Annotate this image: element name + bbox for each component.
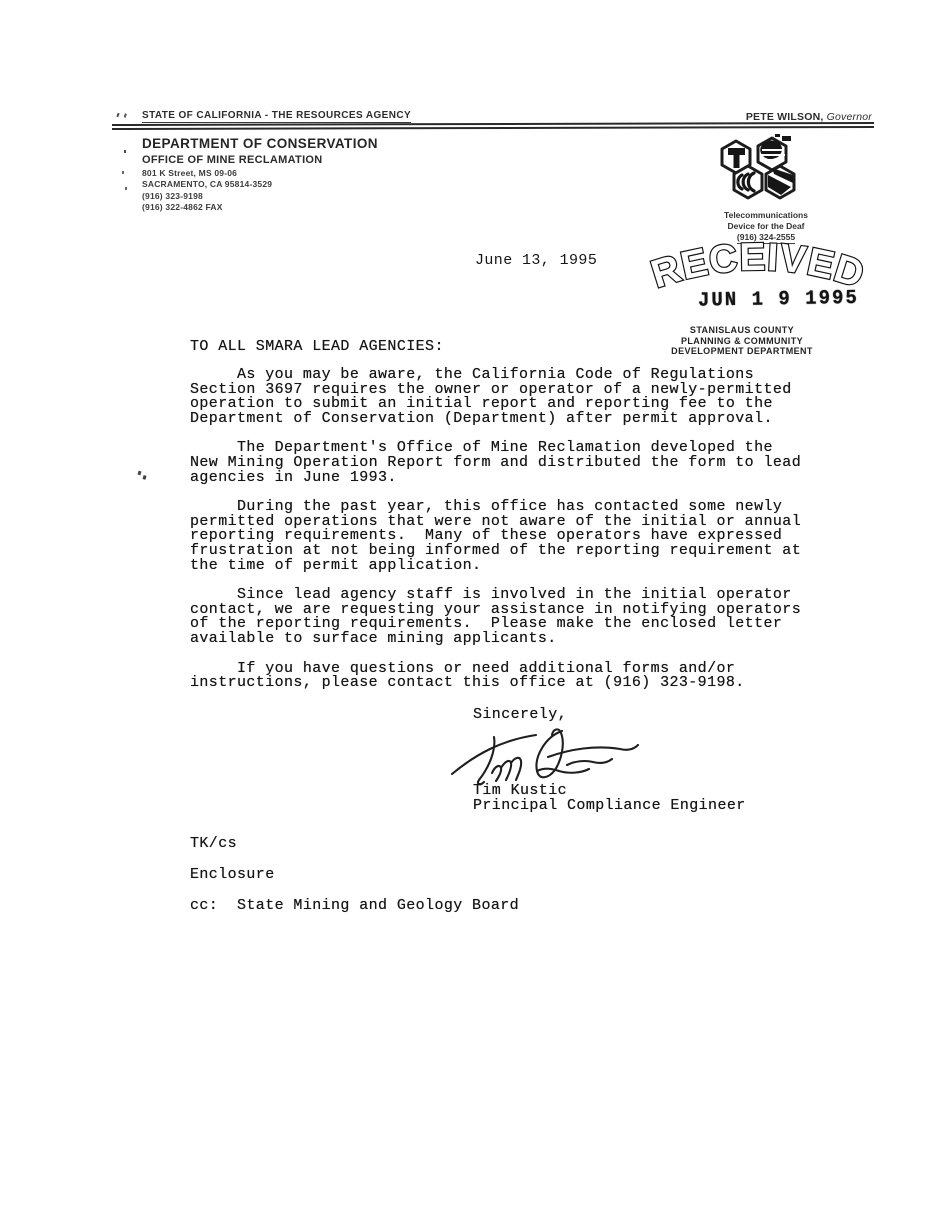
scan-artifact <box>138 471 142 476</box>
stamp-org-line3: DEVELOPMENT DEPARTMENT <box>652 346 832 357</box>
address-phone: (916) 323-9198 <box>142 191 203 201</box>
received-stamp-date: JUN 1 9 1995 <box>698 286 859 312</box>
signature-handwriting <box>448 724 643 790</box>
stamp-org-line1: STANISLAUS COUNTY <box>652 325 832 336</box>
signer-title: Principal Compliance Engineer <box>473 799 850 814</box>
received-stamp-org: STANISLAUS COUNTY PLANNING & COMMUNITY D… <box>652 325 832 357</box>
tdd-line2: Device for the Deaf <box>688 221 844 232</box>
closing-word: Sincerely, <box>473 708 850 723</box>
tdd-line1: Telecommunications <box>688 210 844 221</box>
scanned-letter-page: { "letterhead": { "state_line": "STATE O… <box>0 0 950 1230</box>
stamp-org-line2: PLANNING & COMMUNITY <box>652 336 832 347</box>
address-street: 801 K Street, MS 09-06 <box>142 168 237 178</box>
state-agency-heading: STATE OF CALIFORNIA - THE RESOURCES AGEN… <box>142 110 411 123</box>
paragraph-2: The Department's Office of Mine Reclamat… <box>190 441 850 485</box>
enclosure-note: Enclosure <box>190 868 850 883</box>
scan-artifact <box>116 113 119 117</box>
letter-salutation: TO ALL SMARA LEAD AGENCIES: <box>190 338 444 355</box>
address-city: SACRAMENTO, CA 95814-3529 <box>142 179 272 189</box>
office-name: OFFICE OF MINE RECLAMATION <box>142 154 323 166</box>
address-fax: (916) 322-4862 FAX <box>142 202 223 212</box>
letterhead-divider-rule <box>112 122 874 130</box>
letter-body: As you may be aware, the California Code… <box>190 368 850 913</box>
letter-date: June 13, 1995 <box>475 252 597 269</box>
paragraph-5: If you have questions or need additional… <box>190 662 850 691</box>
scan-artifact <box>124 150 126 153</box>
paragraph-3: During the past year, this office has co… <box>190 500 850 573</box>
paragraph-1: As you may be aware, the California Code… <box>190 368 850 426</box>
typist-initials: TK/cs <box>190 837 850 852</box>
paragraph-4: Since lead agency staff is involved in t… <box>190 588 850 646</box>
cc-line: cc: State Mining and Geology Board <box>190 899 850 914</box>
department-seal-icon <box>712 134 808 214</box>
department-name: DEPARTMENT OF CONSERVATION <box>142 136 378 151</box>
